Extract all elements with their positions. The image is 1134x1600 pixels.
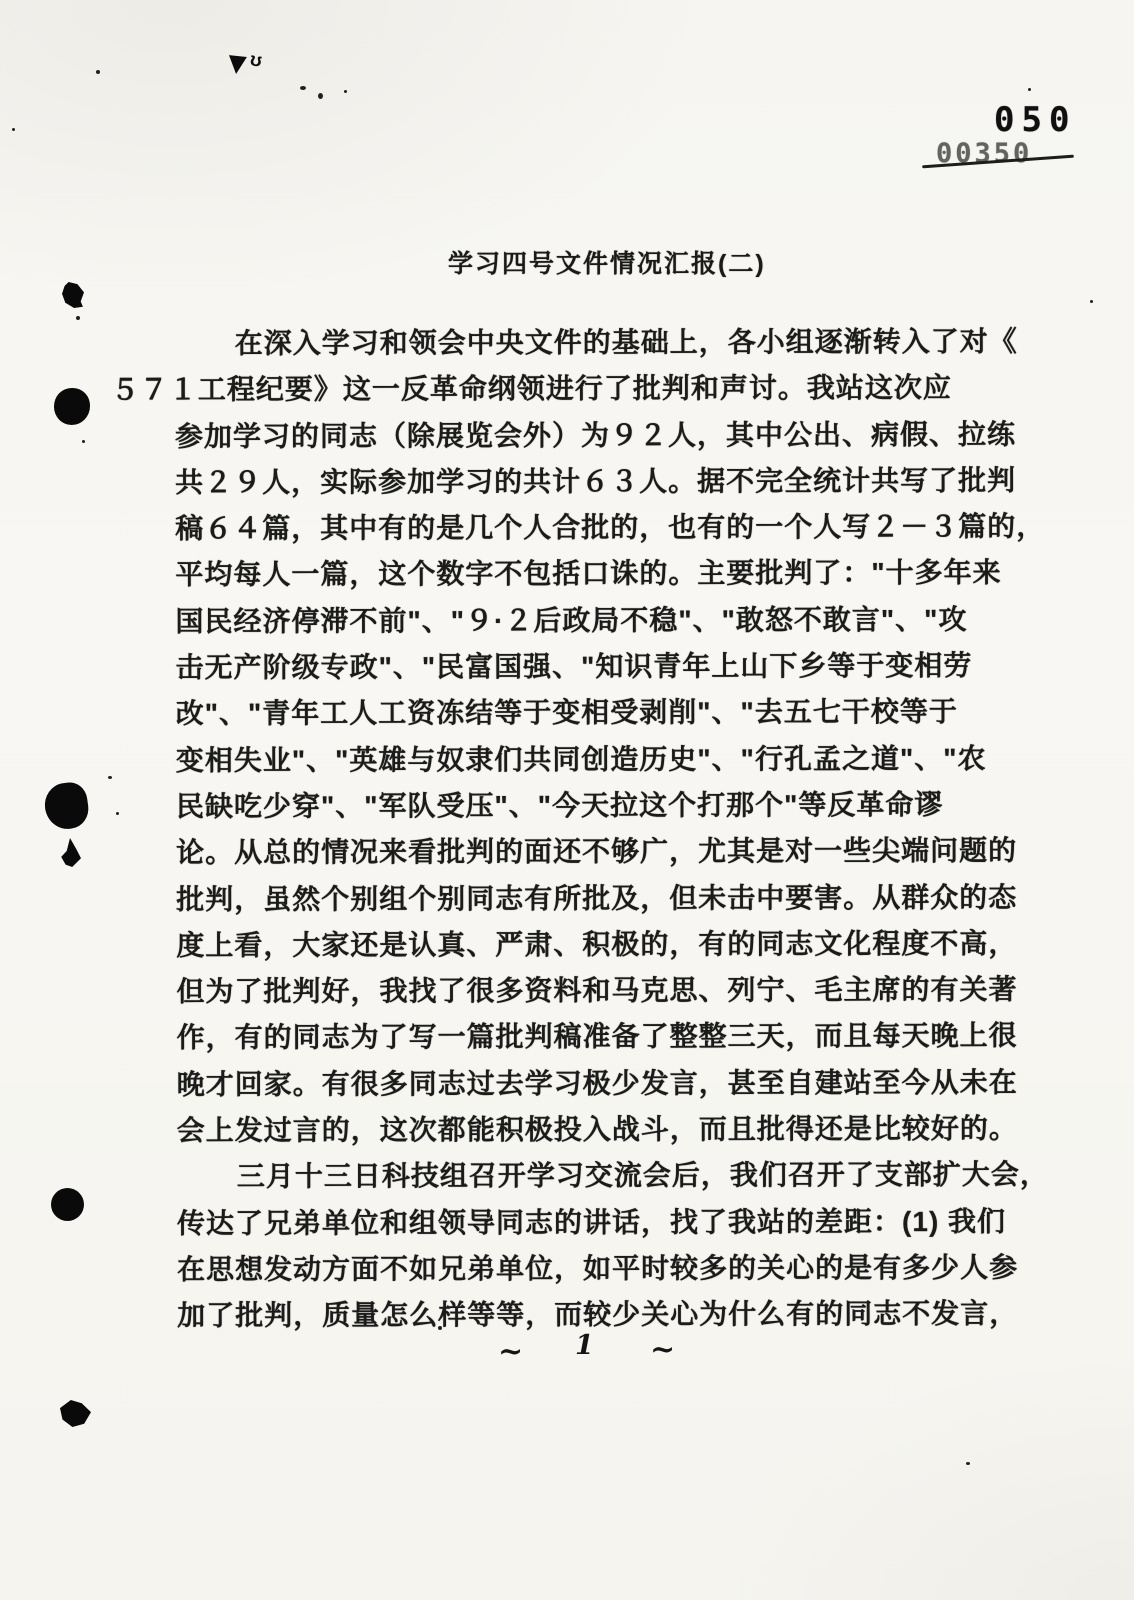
ink-blot — [42, 780, 91, 832]
body-line: 在思想发动方面不如兄弟单位，如平时较多的关心的是有多少人参 — [177, 1245, 977, 1293]
ink-blot — [51, 1188, 84, 1221]
scan-speck — [96, 70, 100, 74]
document-body: 在深入学习和领会中央文件的基础上，各小组逐渐转入了对《５７１工程纪要》这一反革命… — [175, 319, 978, 1340]
body-line: 平均每人一篇，这个数字不包括口诛的。主要批判了："十多年来 — [175, 550, 975, 598]
body-line: 改"、"青年工人工资冻结等于变相受剥削"、"去五七干校等于 — [176, 689, 976, 737]
body-line: 作，有的同志为了写一篇批判稿准备了整整三天，而且每天晚上很 — [176, 1013, 976, 1061]
footer-right-tilde: ~ — [650, 1332, 675, 1367]
scan-speck — [12, 128, 15, 131]
body-line: 三月十三日科技组召开学习交流会后，我们召开了支部扩大会， — [177, 1152, 977, 1200]
body-line: 会上发过言的，这次都能积极投入战斗，而且批得还是比较好的。 — [177, 1106, 977, 1154]
scan-speck — [966, 1462, 970, 1465]
scanned-document-page: ʊ 050 00350 学习四号文件情况汇报(二) 在深入学习和领会中央文件的基… — [0, 0, 1134, 1600]
scan-speck — [1028, 88, 1031, 91]
scan-speck — [116, 812, 119, 815]
body-line: 度上看，大家还是认真、严肃、积极的，有的同志文化程度不高， — [176, 921, 976, 969]
scan-speck — [318, 93, 323, 99]
ink-blot — [59, 838, 81, 867]
body-line: 民缺吃少穿"、"军队受压"、"今天拉这个打那个"等反革命谬 — [176, 782, 976, 830]
ink-blot — [62, 282, 84, 308]
pen-mark-triangle-icon — [227, 55, 247, 75]
body-line: 晚才回家。有很多同志过去学习极少发言，甚至自建站至今从未在 — [177, 1060, 977, 1108]
document-title: 学习四号文件情况汇报(二) — [448, 244, 766, 280]
scan-speck — [300, 86, 306, 90]
body-line: 但为了批判好，我找了很多资料和马克思、列宁、毛主席的有关著 — [176, 967, 976, 1015]
footer-left-tilde: ~ — [498, 1334, 523, 1369]
body-line: 国民经济停滞不前"、"９·２后政局不稳"、"敢怒不敢言"、"攻 — [175, 597, 975, 645]
body-line: 共２９人，实际参加学习的共计６３人。据不完全统计共写了批判 — [175, 458, 975, 506]
body-line: 参加学习的同志（除展览会外）为９２人，其中公出、病假、拉练 — [175, 412, 975, 460]
body-line: 击无产阶级专政"、"民富国强、"知识青年上山下乡等于变相劳 — [176, 643, 976, 691]
ink-blot — [54, 388, 90, 425]
body-line: 传达了兄弟单位和组领导同志的讲话，找了我站的差距：(1) 我们 — [177, 1199, 977, 1247]
body-line: 在深入学习和领会中央文件的基础上，各小组逐渐转入了对《 — [175, 319, 975, 367]
scan-speck — [76, 316, 80, 320]
body-line: 批判，虽然个别组个别同志有所批及，但未击中要害。从群众的态 — [176, 875, 976, 923]
ink-blot — [60, 1400, 91, 1427]
footer-page-number: 1 — [575, 1330, 594, 1361]
scan-speck — [344, 90, 347, 93]
body-line: 稿６４篇，其中有的是几个人合批的，也有的一个人写２－３篇的， — [175, 504, 975, 552]
scan-speck — [108, 776, 112, 779]
body-line: ５７１工程纪要》这一反革命纲领进行了批判和声讨。我站这次应 — [111, 365, 975, 414]
body-line: 论。从总的情况来看批判的面还不够广，尤其是对一些尖端问题的 — [176, 828, 976, 876]
page-footer: ~ 1 ~ — [0, 1332, 1134, 1382]
scan-speck — [438, 1326, 442, 1330]
body-line: 变相失业"、"英雄与奴隶们共同创造历史"、"行孔孟之道"、"农 — [176, 736, 976, 784]
scan-speck — [1090, 300, 1093, 303]
pen-mark-squiggle: ʊ — [249, 49, 264, 72]
scan-speck — [82, 440, 85, 443]
page-stamp-number: 050 — [994, 100, 1076, 140]
